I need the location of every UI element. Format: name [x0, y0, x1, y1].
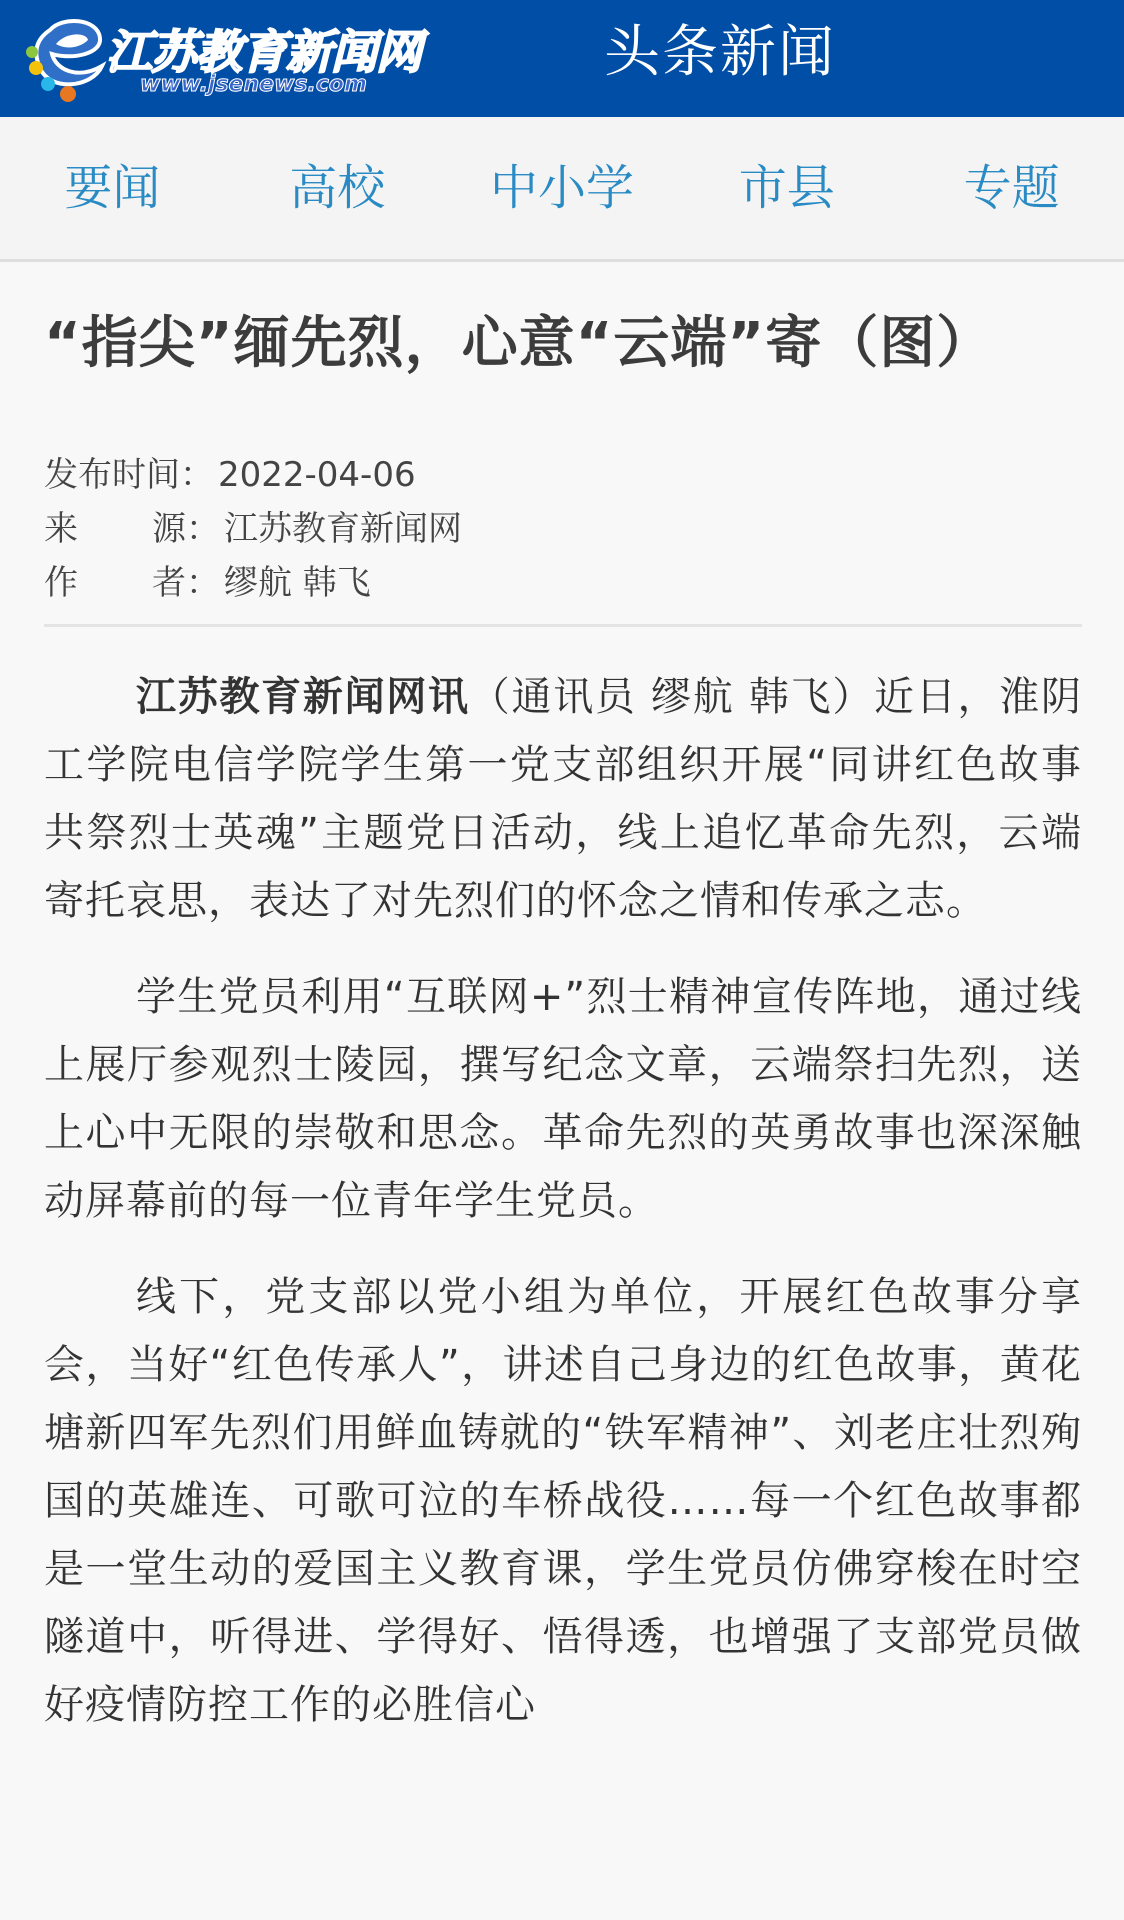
site-header: 江苏教育新闻网 www.jsenews.com 头条新闻	[0, 0, 1124, 117]
nav-item-shixian[interactable]: 市县	[674, 117, 899, 259]
article-meta: 发布时间： 2022-04-06 来源： 江苏教育新闻网 作者： 缪航 韩飞	[44, 448, 1082, 610]
article-paragraph: 江苏教育新闻网讯（通讯员 缪航 韩飞）近日，淮阴工学院电信学院学生第一党支部组织…	[44, 663, 1082, 935]
meta-publish-date: 发布时间： 2022-04-06	[44, 448, 1082, 502]
nav-item-gaoxiao[interactable]: 高校	[225, 117, 450, 259]
nav-item-zhuanti[interactable]: 专题	[899, 117, 1124, 259]
meta-author: 作者： 缪航 韩飞	[44, 556, 1082, 610]
logo-url: www.jsenews.com	[140, 72, 367, 97]
site-logo[interactable]: 江苏教育新闻网 www.jsenews.com	[22, 10, 422, 106]
paragraph-lead: 江苏教育新闻网讯	[136, 674, 470, 720]
logo-e-icon	[22, 10, 110, 106]
meta-label-source: 来源：	[44, 502, 220, 556]
meta-value-source: 江苏教育新闻网	[224, 502, 462, 556]
meta-divider	[44, 624, 1082, 627]
article-paragraph: 线下，党支部以党小组为单位，开展红色故事分享会，当好“红色传承人”，讲述自己身边…	[44, 1263, 1082, 1739]
category-nav: 要闻 高校 中小学 市县 专题	[0, 117, 1124, 262]
meta-value-author: 缪航 韩飞	[224, 556, 371, 610]
article: “指尖”缅先烈，心意“云端”寄（图） 发布时间： 2022-04-06 来源： …	[44, 262, 1082, 1739]
article-paragraph: 学生党员利用“互联网+”烈士精神宣传阵地，通过线上展厅参观烈士陵园，撰写纪念文章…	[44, 963, 1082, 1235]
meta-value-publish: 2022-04-06	[218, 448, 416, 502]
article-title: “指尖”缅先烈，心意“云端”寄（图）	[44, 262, 1082, 382]
meta-source: 来源： 江苏教育新闻网	[44, 502, 1082, 556]
nav-item-yaowen[interactable]: 要闻	[0, 117, 225, 259]
meta-label-author: 作者：	[44, 556, 220, 610]
meta-label-publish: 发布时间	[44, 448, 180, 502]
page-title: 头条新闻	[520, 0, 920, 105]
nav-item-zhongxiaoxue[interactable]: 中小学	[450, 117, 675, 259]
